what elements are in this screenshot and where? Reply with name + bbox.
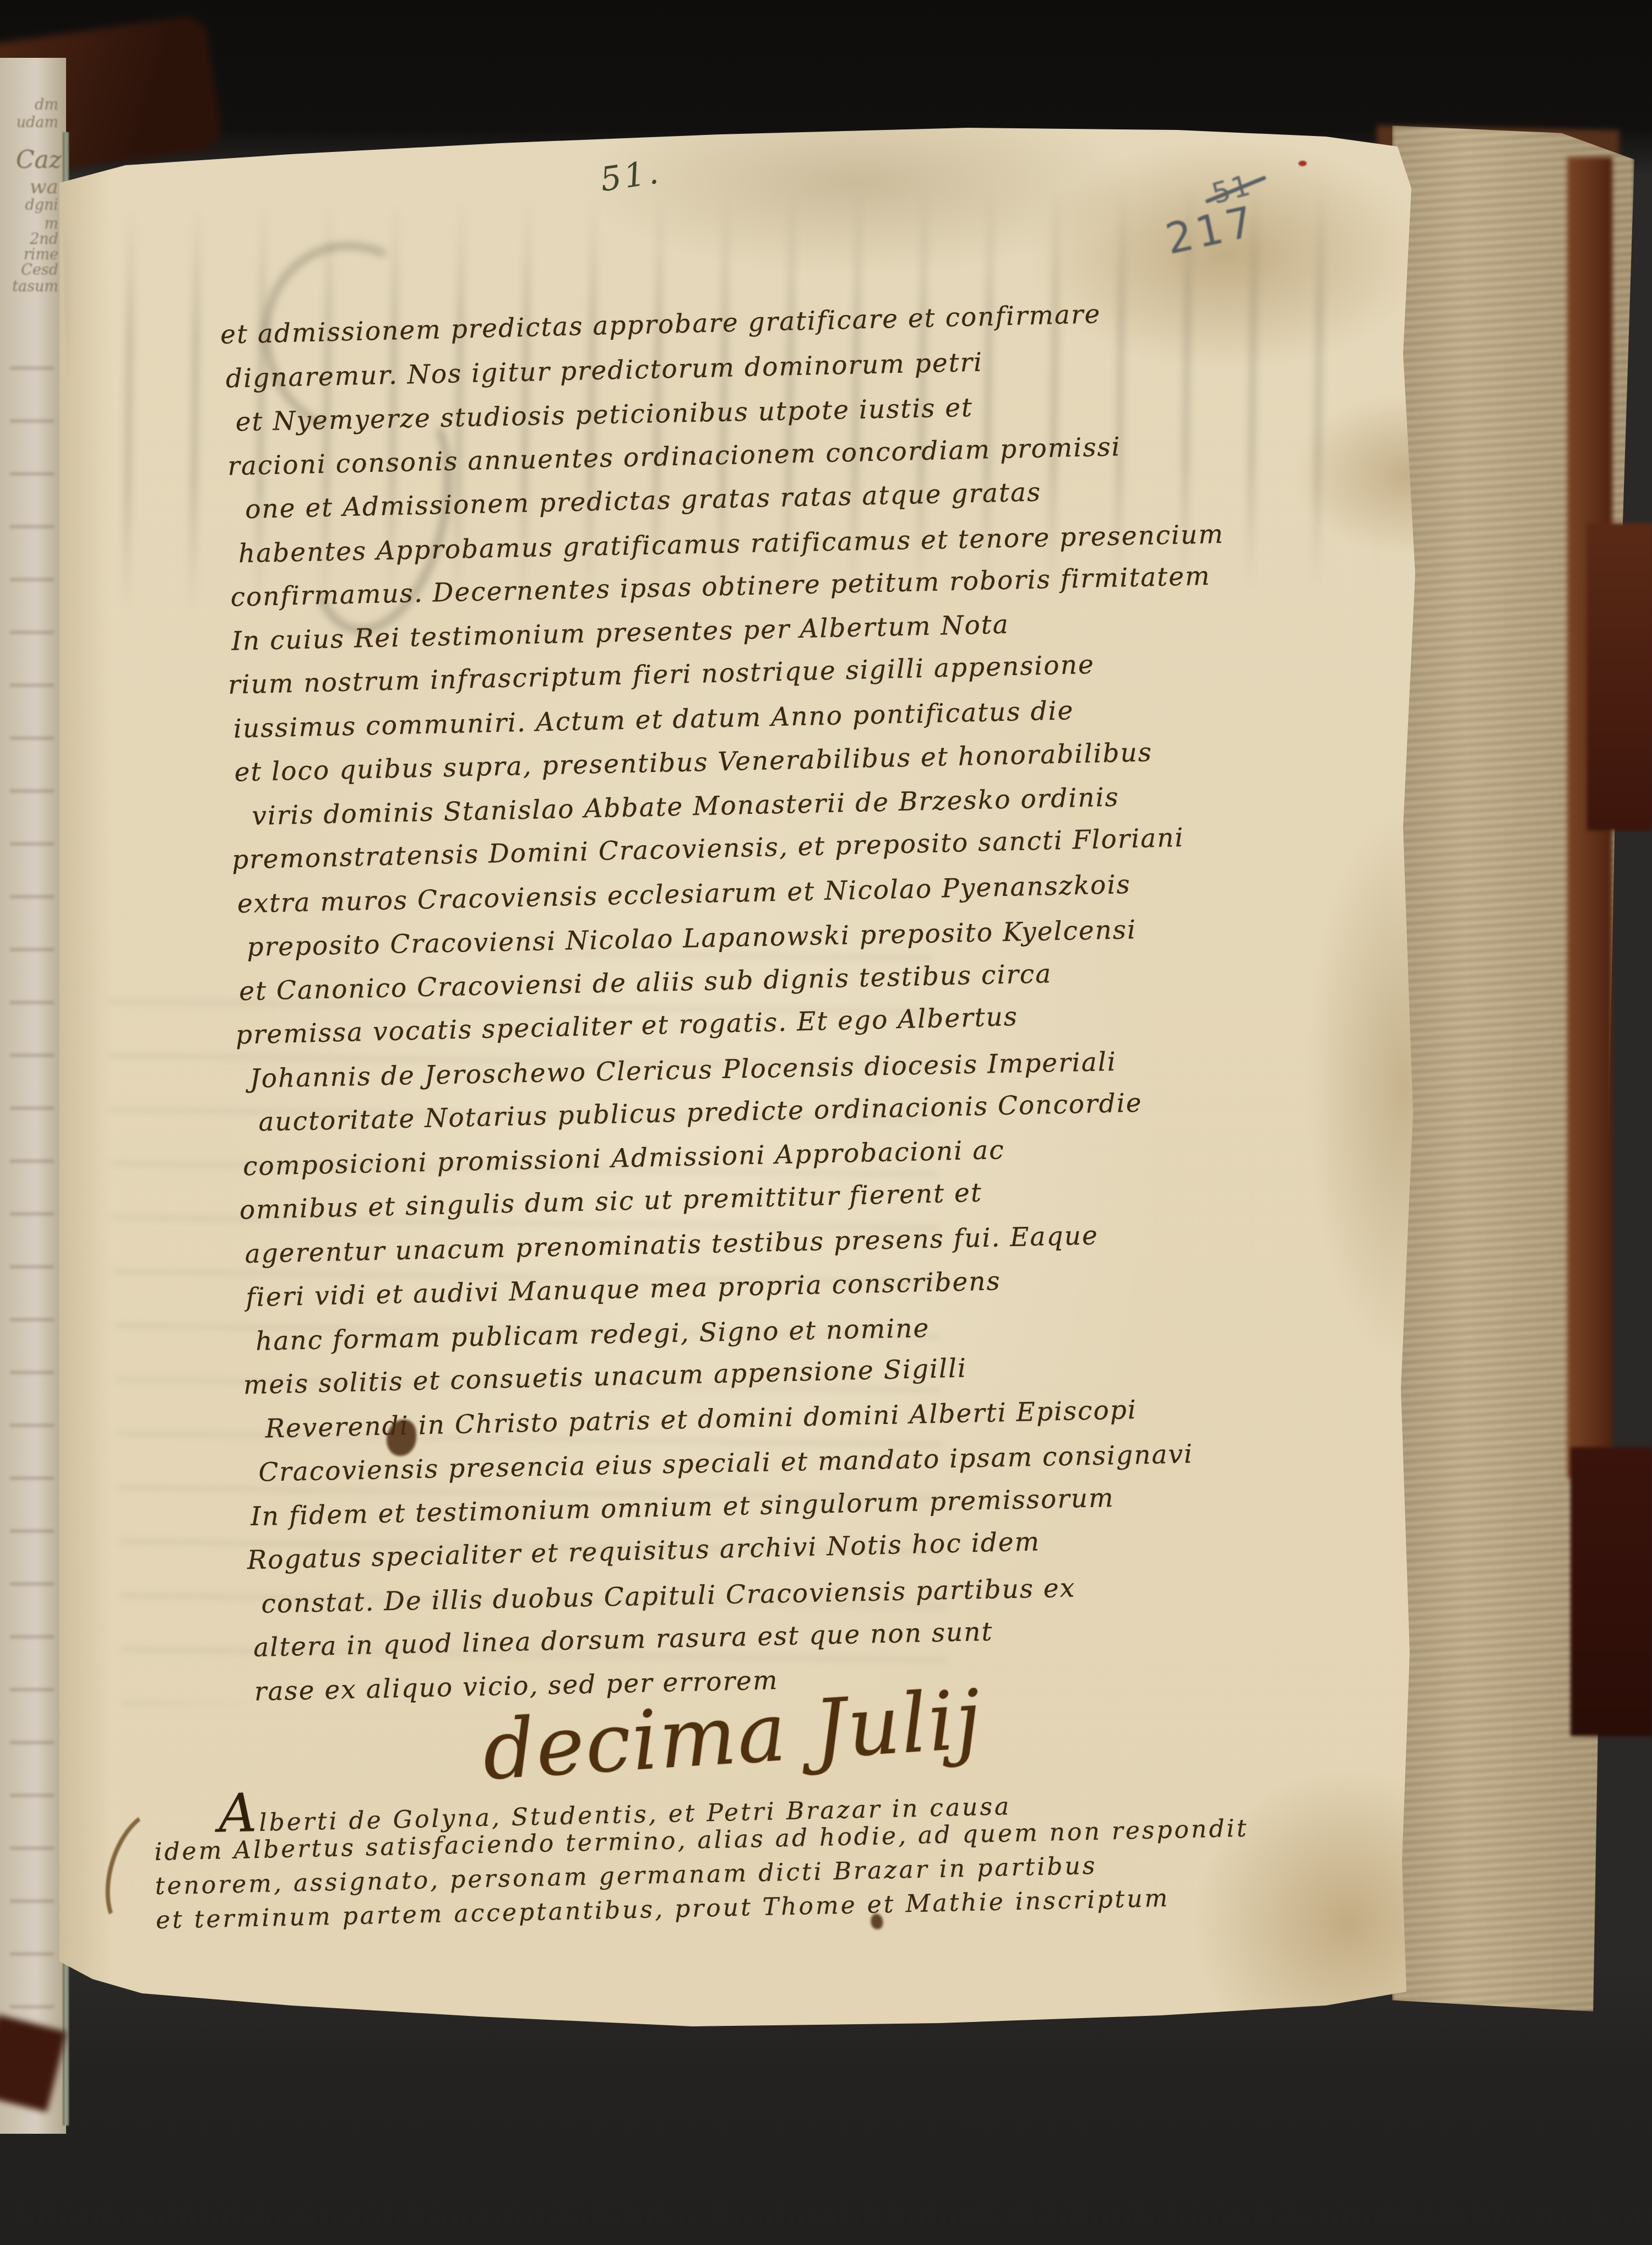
closing-paragraph: Alberti de Golyna, Studentis, et Petri B…	[153, 1776, 1439, 1940]
facing-page-text-fragment: Caz	[16, 146, 62, 174]
facing-page-text-fragment: 2nd	[30, 231, 58, 248]
body-text-block: et admissionem predictas approbare grati…	[225, 297, 1301, 1720]
page-content: 51. 51 217 et admissionem predictas appr…	[39, 107, 1468, 2053]
facing-page-text-fragment: dgni	[25, 197, 58, 214]
manuscript-photograph: dmudamCazwadgnim2ndrimeCesdtasum 51. 51 …	[0, 0, 1652, 2245]
facing-page-text-fragment: wa	[30, 176, 58, 198]
facing-page-edge: dmudamCazwadgnim2ndrimeCesdtasum	[0, 58, 66, 2134]
facing-page-text-fragment: udam	[17, 114, 58, 131]
facing-page-text-fragment: rime	[24, 246, 58, 263]
facing-page-text-fragment: Cesd	[21, 262, 58, 279]
manuscript-page: 51. 51 217 et admissionem predictas appr…	[59, 122, 1447, 2039]
book-clasp-strap-top	[1587, 523, 1652, 830]
facing-page-text-fragment: m	[44, 215, 58, 232]
red-fiber-speck	[1298, 161, 1307, 166]
facing-page-text-fragment: dm	[35, 96, 58, 113]
book-clasp-strap-bottom	[1571, 1447, 1652, 1736]
facing-page-text-fragment: tasum	[12, 278, 58, 295]
folio-number: 51.	[598, 153, 664, 199]
